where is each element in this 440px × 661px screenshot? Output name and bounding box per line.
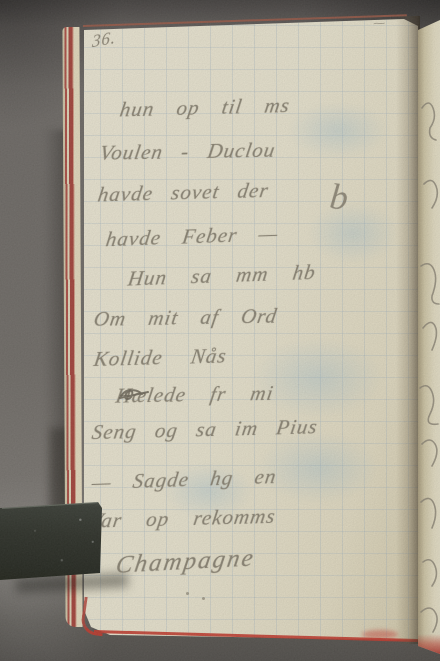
ink-showthrough-smudge bbox=[308, 203, 398, 263]
ink-showthrough-smudge bbox=[253, 338, 383, 418]
handwriting-line: Kollide Nås bbox=[92, 343, 228, 372]
crossed-out-word-scribble bbox=[118, 386, 162, 404]
handwriting-line: Om mit af Ord bbox=[92, 303, 279, 331]
facing-page-sliver bbox=[416, 16, 440, 660]
book-weight-bar bbox=[0, 494, 103, 586]
pencil-dot bbox=[202, 597, 205, 600]
ink-showthrough-smudge bbox=[288, 103, 388, 158]
gutter-shadow bbox=[396, 16, 420, 644]
handwriting-line: havde sovet der bbox=[96, 178, 270, 208]
handwriting-line: hun op til ms bbox=[118, 93, 292, 123]
red-edge-smear bbox=[362, 630, 398, 639]
handwriting-line: Var op rekomms bbox=[88, 504, 277, 534]
photographed-notebook-scene: 36. ~ hun op til ms Voulen - Duclou havd… bbox=[0, 0, 440, 661]
corner-pencil-mark: ~ bbox=[372, 18, 387, 31]
handwriting-line: Voulen - Duclou bbox=[98, 137, 277, 165]
pencil-dot bbox=[186, 592, 189, 595]
facing-page-handwriting-strokes bbox=[416, 16, 440, 660]
